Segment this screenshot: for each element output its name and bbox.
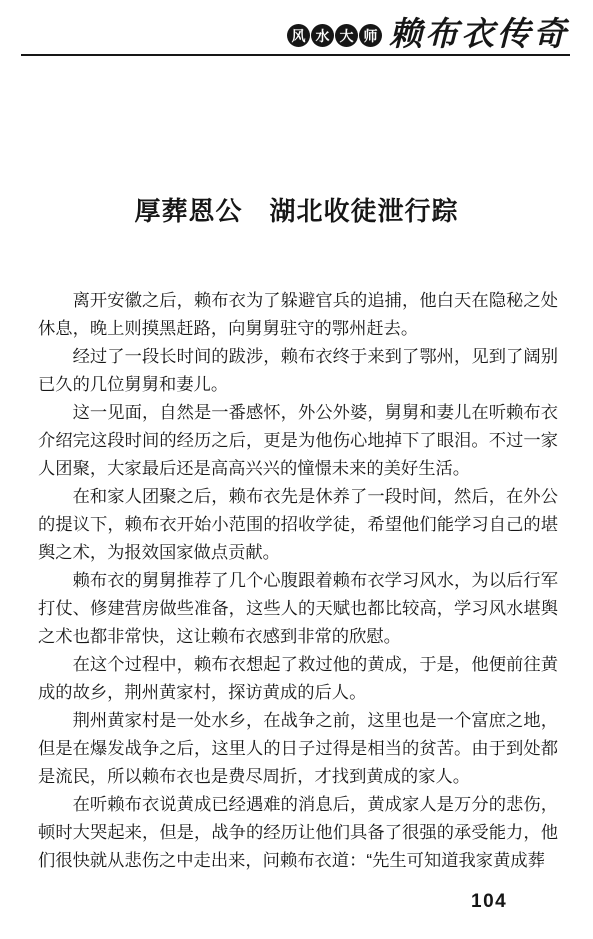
paragraph: 离开安徽之后，赖布衣为了躲避官兵的追捕，他白天在隐秘之处休息，晚上则摸黑赶路，向… — [38, 286, 558, 342]
body-text: 离开安徽之后，赖布衣为了躲避官兵的追捕，他白天在隐秘之处休息，晚上则摸黑赶路，向… — [38, 286, 558, 874]
book-title-calligraphy: 赖布衣传奇 — [389, 17, 569, 50]
header-rule — [21, 54, 570, 56]
paragraph: 在这个过程中，赖布衣想起了救过他的黄成，于是，他便前往黄成的故乡，荆州黄家村，探… — [38, 650, 558, 706]
series-badge-char: 大 — [335, 24, 358, 47]
paragraph: 赖布衣的舅舅推荐了几个心腹跟着赖布衣学习风水，为以后行军打仗、修建营房做些准备，… — [38, 566, 558, 650]
paragraph: 在听赖布衣说黄成已经遇难的消息后，黄成家人是万分的悲伤，顿时大哭起来，但是，战争… — [38, 790, 558, 874]
series-badge-char: 师 — [359, 24, 382, 47]
book-page: 风 水 大 师 赖布衣传奇 厚葬恩公 湖北收徒泄行踪 离开安徽之后，赖布衣为了躲… — [0, 0, 593, 939]
page-number: 104 — [471, 891, 507, 913]
series-badge-char: 水 — [311, 24, 334, 47]
chapter-title: 厚葬恩公 湖北收徒泄行踪 — [0, 191, 593, 228]
paragraph: 这一见面，自然是一番感怀，外公外婆，舅舅和妻儿在听赖布衣介绍完这段时间的经历之后… — [38, 398, 558, 482]
paragraph: 经过了一段长时间的跋涉，赖布衣终于来到了鄂州，见到了阔别已久的几位舅舅和妻儿。 — [38, 342, 558, 398]
page-header: 风 水 大 师 赖布衣传奇 — [286, 19, 569, 52]
paragraph: 荆州黄家村是一处水乡，在战争之前，这里也是一个富庶之地，但是在爆发战争之后，这里… — [38, 706, 558, 790]
series-badge-char: 风 — [287, 24, 310, 47]
series-title-badges: 风 水 大 师 — [286, 24, 382, 47]
paragraph: 在和家人团聚之后，赖布衣先是休养了一段时间，然后，在外公的提议下，赖布衣开始小范… — [38, 482, 558, 566]
